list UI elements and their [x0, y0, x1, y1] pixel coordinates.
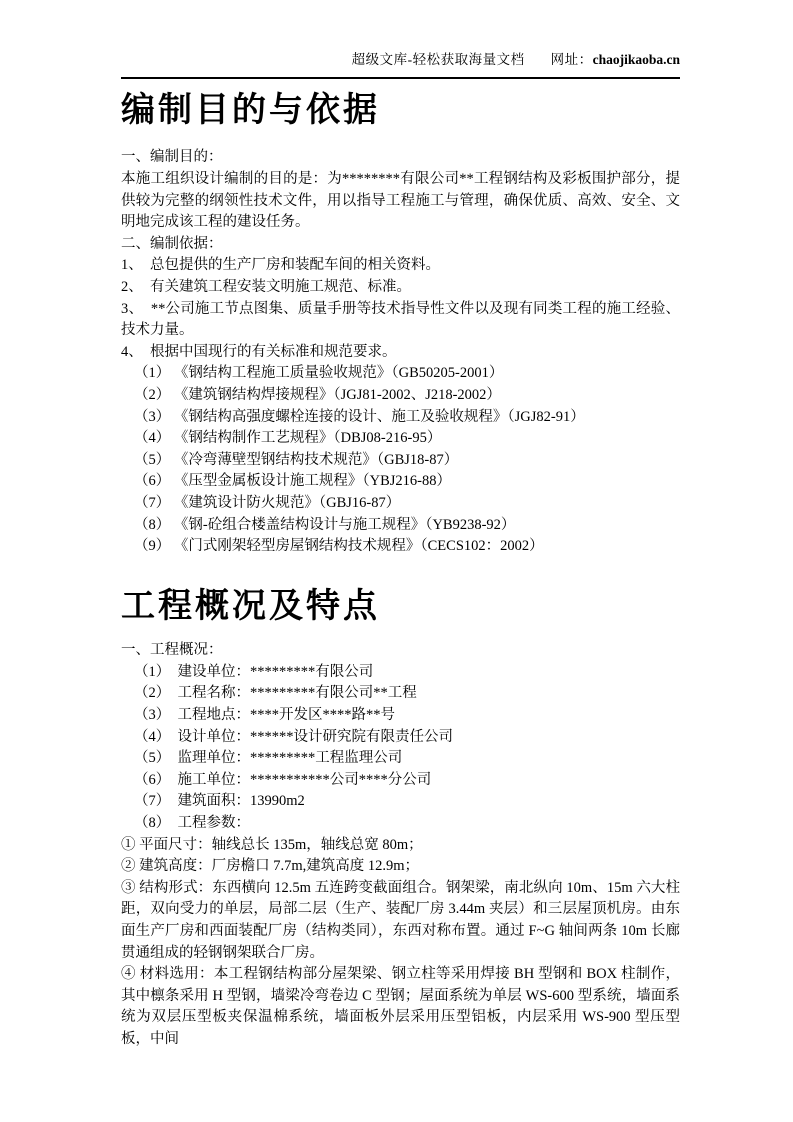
purpose-paragraph: 本施工组织设计编制的目的是：为********有限公司**工程钢结构及彩板围护部…	[121, 169, 680, 234]
parameter-item: ③ 结构形式：东西横向 12.5m 五连跨变截面组合。钢架梁，南北纵向 10m、…	[121, 878, 680, 964]
overview-item: （1） 建设单位：*********有限公司	[121, 662, 680, 684]
basis-item: 3、 **公司施工节点图集、质量手册等技术指导性文件以及现有同类工程的施工经验、…	[121, 299, 680, 342]
page-header: 超级文库-轻松获取海量文档 网址： chaojikaoba.cn	[121, 50, 680, 79]
basis-item: 1、 总包提供的生产厂房和装配车间的相关资料。	[121, 255, 680, 277]
standard-item: （4） 《钢结构制作工艺规程》（DBJ08-216-95）	[121, 428, 680, 450]
standard-item: （1） 《钢结构工程施工质量验收规范》（GB50205-2001）	[121, 363, 680, 385]
standard-item: （6） 《压型金属板设计施工规程》（YBJ216-88）	[121, 471, 680, 493]
basis-heading: 二、编制依据：	[121, 234, 680, 256]
overview-item: （5） 监理单位：*********工程监理公司	[121, 748, 680, 770]
header-url-label: 网址：	[551, 50, 593, 70]
section1-title: 编制目的与依据	[121, 90, 680, 131]
header-site-label: 超级文库-轻松获取海量文档	[352, 50, 525, 70]
document-page: 超级文库-轻松获取海量文档 网址： chaojikaoba.cn 编制目的与依据…	[0, 0, 793, 1122]
basis-item: 4、 根据中国现行的有关标准和规范要求。	[121, 342, 680, 364]
header-site-url: chaojikaoba.cn	[593, 50, 680, 70]
overview-heading: 一、工程概况：	[121, 640, 680, 662]
standard-item: （2） 《建筑钢结构焊接规程》（JGJ81-2002、J218-2002）	[121, 385, 680, 407]
overview-item: （4） 设计单位：******设计研究院有限责任公司	[121, 727, 680, 749]
overview-item: （2） 工程名称：*********有限公司**工程	[121, 683, 680, 705]
purpose-heading: 一、编制目的：	[121, 147, 680, 169]
parameter-item: ① 平面尺寸：轴线总长 135m，轴线总宽 80m；	[121, 835, 680, 857]
standard-item: （8） 《钢-砼组合楼盖结构设计与施工规程》（YB9238-92）	[121, 515, 680, 537]
basis-item: 2、 有关建筑工程安装文明施工规范、标准。	[121, 277, 680, 299]
overview-item: （3） 工程地点：****开发区****路**号	[121, 705, 680, 727]
overview-item: （8） 工程参数：	[121, 813, 680, 835]
standard-item: （9） 《门式刚架轻型房屋钢结构技术规程》（CECS102：2002）	[121, 536, 680, 558]
section1-body: 一、编制目的： 本施工组织设计编制的目的是：为********有限公司**工程钢…	[121, 147, 680, 557]
overview-item: （6） 施工单位：***********公司****分公司	[121, 770, 680, 792]
standard-item: （3） 《钢结构高强度螺栓连接的设计、施工及验收规程》（JGJ82-91）	[121, 407, 680, 429]
section2-body: 一、工程概况： （1） 建设单位：*********有限公司 （2） 工程名称：…	[121, 640, 680, 1050]
parameter-item: ② 建筑高度：厂房檐口 7.7m,建筑高度 12.9m；	[121, 856, 680, 878]
section2-title: 工程概况及特点	[121, 586, 680, 627]
standard-item: （7） 《建筑设计防火规范》（GBJ16-87）	[121, 493, 680, 515]
standard-item: （5） 《冷弯薄壁型钢结构技术规范》（GBJ18-87）	[121, 450, 680, 472]
overview-item: （7） 建筑面积：13990m2	[121, 791, 680, 813]
parameter-item: ④ 材料选用：本工程钢结构部分屋架梁、钢立柱等采用焊接 BH 型钢和 BOX 柱…	[121, 964, 680, 1050]
